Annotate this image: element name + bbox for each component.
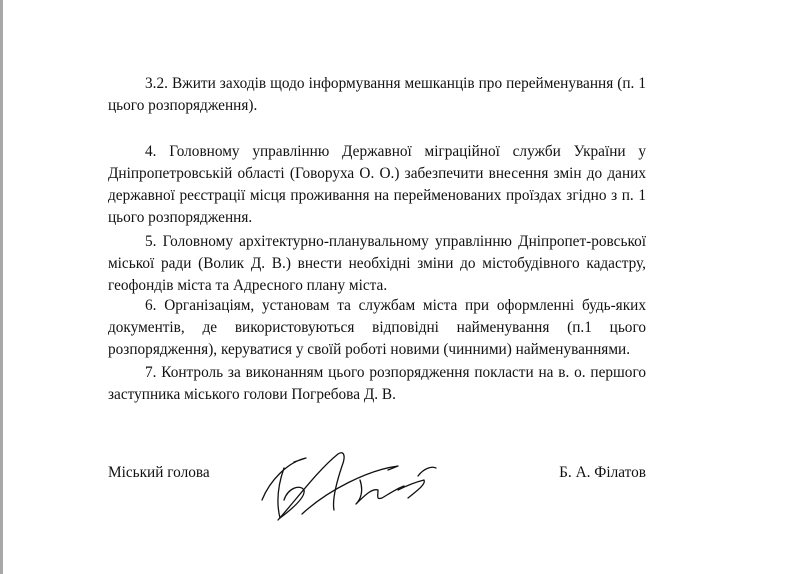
paragraph-text: 5. Головному архітектурно-планувальному … (108, 233, 646, 294)
paragraph-7: 7. Контроль за виконанням цього розпоряд… (108, 362, 646, 406)
signatory-name: Б. А. Філатов (559, 464, 646, 482)
signatory-title: Міський голова (108, 464, 210, 482)
handwritten-signature-icon (248, 440, 478, 540)
paragraph-3-2: 3.2. Вжити заходів щодо інформування меш… (108, 73, 646, 117)
paragraph-text: 4. Головному управлінню Державної міграц… (108, 143, 646, 226)
paragraph-6: 6. Організаціям, установам та службам мі… (108, 295, 646, 361)
paragraph-4: 4. Головному управлінню Державної міграц… (108, 141, 646, 229)
paragraph-text: 6. Організаціям, установам та службам мі… (108, 297, 646, 358)
paragraph-text: 3.2. Вжити заходів щодо інформування меш… (108, 75, 646, 114)
document-page: 3.2. Вжити заходів щодо інформування меш… (0, 0, 794, 574)
paragraph-text: 7. Контроль за виконанням цього розпоряд… (108, 364, 646, 403)
signature-block: Міський голова Б. А. Філатов (108, 458, 646, 528)
paragraph-5: 5. Головному архітектурно-планувальному … (108, 231, 646, 297)
